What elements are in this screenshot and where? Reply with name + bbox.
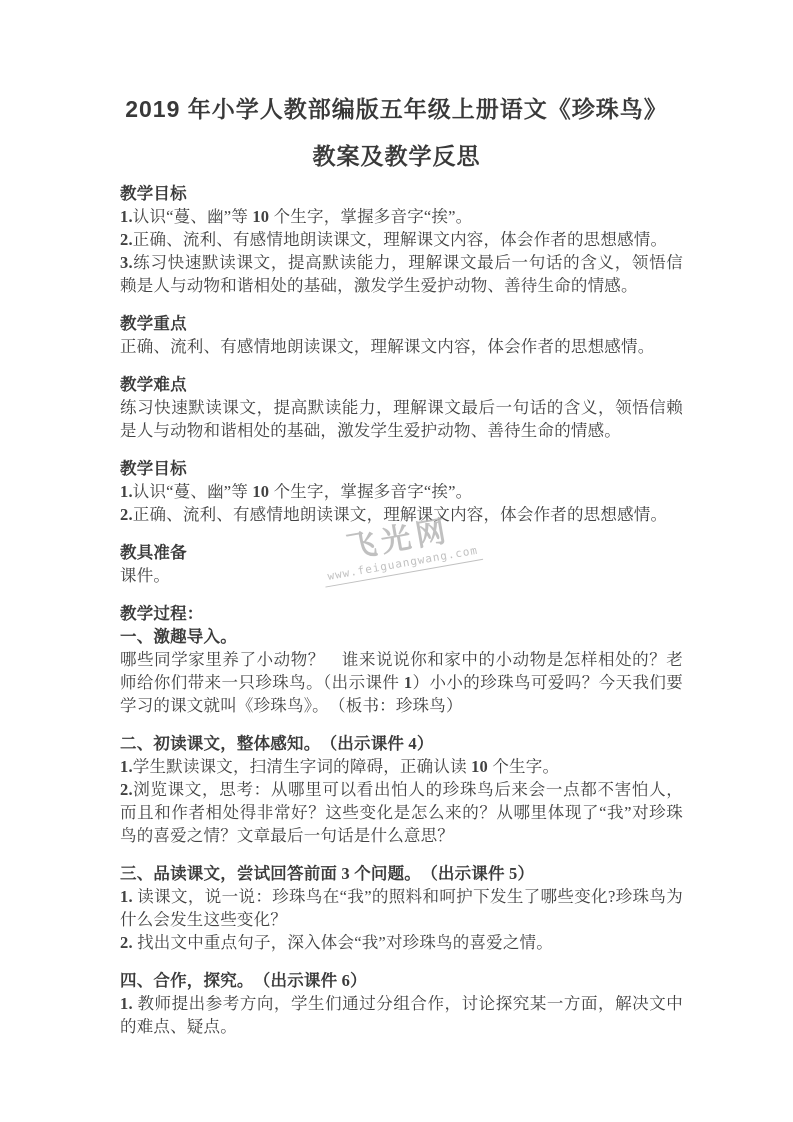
- text-run: 课件。: [120, 566, 170, 585]
- section-jiaoju-zhunbei: 教具准备课件。: [120, 541, 683, 587]
- paragraph: 1.认识“蔓、幽”等 10 个生字，掌握多音字“挨”。: [120, 480, 683, 503]
- text-run: 教学难点: [120, 375, 187, 394]
- text-run: 1.: [120, 757, 133, 776]
- text-run: 三、品读课文，尝试回答前面 3 个问题。 （出示课件 5）: [120, 864, 534, 883]
- section-jiaoxue-mubiao-2: 教学目标1.认识“蔓、幽”等 10 个生字，掌握多音字“挨”。2.正确、流利、有…: [120, 457, 683, 526]
- paragraph: 2. 找出文中重点句子，深入体会“我”对珍珠鸟的喜爱之情。: [120, 931, 683, 954]
- text-run: 正确、流利、有感情地朗读课文，理解课文内容，体会作者的思想感情。: [133, 230, 667, 249]
- section-heading: 一、激趣导入。: [120, 625, 683, 648]
- text-run: 教学目标: [120, 184, 187, 203]
- text-run: 教具准备: [120, 543, 187, 562]
- text-run: 正确、流利、有感情地朗读课文，理解课文内容，体会作者的思想感情。: [120, 337, 654, 356]
- text-run: 10: [252, 207, 269, 226]
- text-run: 练习快速默读课文，提高默读能力，理解课文最后一句话的含义，领悟信赖是人与动物和谐…: [120, 398, 683, 440]
- text-run: 四、合作，探究。 （出示课件 6）: [120, 971, 367, 990]
- text-run: 2.: [120, 780, 133, 799]
- section-heading: 教学目标: [120, 182, 683, 205]
- section-heading: 教学重点: [120, 312, 683, 335]
- paragraph: 1.认识“蔓、幽”等 10 个生字，掌握多音字“挨”。: [120, 205, 683, 228]
- section-heading: 二、初读课文，整体感知。 （出示课件 4）: [120, 732, 683, 755]
- text-run: 练习快速默读课文，提高默读能力，理解课文最后一句话的含义，领悟信赖是人与动物和谐…: [120, 253, 683, 295]
- text-run: 1.: [120, 207, 133, 226]
- section-si-hezuo-tanjiu: 四、合作，探究。 （出示课件 6）1. 教师提出参考方向，学生们通过分组合作，讨…: [120, 969, 683, 1038]
- document-title: 2019 年小学人教部编版五年级上册语文《珍珠鸟》 教案及教学反思: [0, 0, 793, 180]
- text-run: 1.: [120, 994, 133, 1013]
- paragraph: 哪些同学家里养了小动物？ 谁来说说你和家中的小动物是怎样相处的？老师给你们带来一…: [120, 648, 683, 717]
- paragraph: 练习快速默读课文，提高默读能力，理解课文最后一句话的含义，领悟信赖是人与动物和谐…: [120, 396, 683, 442]
- section-jiaoxue-nandian: 教学难点练习快速默读课文，提高默读能力，理解课文最后一句话的含义，领悟信赖是人与…: [120, 373, 683, 442]
- text-run: 正确、流利、有感情地朗读课文，理解课文内容，体会作者的思想感情。: [133, 505, 667, 524]
- paragraph: 2.正确、流利、有感情地朗读课文，理解课文内容，体会作者的思想感情。: [120, 228, 683, 251]
- paragraph: 课件。: [120, 564, 683, 587]
- text-run: 1.: [120, 482, 133, 501]
- text-run: 读课文，说一说：珍珠鸟在“我”的照料和呵护下发生了哪些变化?珍珠鸟为什么会发生这…: [120, 887, 683, 929]
- text-run: 一、激趣导入。: [120, 627, 237, 646]
- text-run: 二、初读课文，整体感知。 （出示课件 4）: [120, 734, 434, 753]
- paragraph: 2.浏览课文，思考：从哪里可以看出怕人的珍珠鸟后来会一点都不害怕人，而且和作者相…: [120, 778, 683, 847]
- section-heading: 四、合作，探究。 （出示课件 6）: [120, 969, 683, 992]
- text-run: 2.: [120, 230, 133, 249]
- text-run: 个生字。: [488, 757, 559, 776]
- text-run: 学生默读课文，扫清生字词的障碍，正确认读: [133, 757, 471, 776]
- document-page: 2019 年小学人教部编版五年级上册语文《珍珠鸟》 教案及教学反思 教学目标1.…: [0, 0, 793, 1122]
- text-run: 教师提出参考方向，学生们通过分组合作，讨论探究某一方面，解决文中的难点、疑点。: [120, 994, 683, 1036]
- paragraph: 2.正确、流利、有感情地朗读课文，理解课文内容，体会作者的思想感情。: [120, 503, 683, 526]
- document-title-line2: 教案及教学反思: [60, 133, 733, 180]
- paragraph: 1. 读课文，说一说：珍珠鸟在“我”的照料和呵护下发生了哪些变化?珍珠鸟为什么会…: [120, 885, 683, 931]
- text-run: 2.: [120, 933, 133, 952]
- section-er-chudu-kewen: 二、初读课文，整体感知。 （出示课件 4）1.学生默读课文，扫清生字词的障碍，正…: [120, 732, 683, 847]
- section-jiaoxue-mubiao-1: 教学目标1.认识“蔓、幽”等 10 个生字，掌握多音字“挨”。2.正确、流利、有…: [120, 182, 683, 297]
- paragraph: 正确、流利、有感情地朗读课文，理解课文内容，体会作者的思想感情。: [120, 335, 683, 358]
- section-jiaoxue-zhongdian: 教学重点正确、流利、有感情地朗读课文，理解课文内容，体会作者的思想感情。: [120, 312, 683, 358]
- text-run: 教学重点: [120, 314, 187, 333]
- text-run: 认识“蔓、幽”等: [133, 482, 253, 501]
- section-san-pindu-kewen: 三、品读课文，尝试回答前面 3 个问题。 （出示课件 5）1. 读课文，说一说：…: [120, 862, 683, 954]
- text-run: 2.: [120, 505, 133, 524]
- text-run: 1.: [120, 887, 133, 906]
- text-run: 找出文中重点句子，深入体会“我”对珍珠鸟的喜爱之情。: [133, 933, 553, 952]
- document-title-line1: 2019 年小学人教部编版五年级上册语文《珍珠鸟》: [60, 86, 733, 133]
- text-run: 个生字，掌握多音字“挨”。: [269, 207, 472, 226]
- section-heading: 教具准备: [120, 541, 683, 564]
- text-run: 3.: [120, 253, 133, 272]
- text-run: 10: [252, 482, 269, 501]
- paragraph: 1. 教师提出参考方向，学生们通过分组合作，讨论探究某一方面，解决文中的难点、疑…: [120, 992, 683, 1038]
- text-run: 10: [471, 757, 488, 776]
- section-jiaoxue-guocheng-yi: 教学过程：一、激趣导入。哪些同学家里养了小动物？ 谁来说说你和家中的小动物是怎样…: [120, 602, 683, 717]
- text-run: 认识“蔓、幽”等: [133, 207, 253, 226]
- text-run: 个生字，掌握多音字“挨”。: [269, 482, 472, 501]
- section-heading: 教学难点: [120, 373, 683, 396]
- text-run: 浏览课文，思考：从哪里可以看出怕人的珍珠鸟后来会一点都不害怕人，而且和作者相处得…: [120, 780, 683, 845]
- section-heading: 教学过程：: [120, 602, 683, 625]
- section-heading: 三、品读课文，尝试回答前面 3 个问题。 （出示课件 5）: [120, 862, 683, 885]
- document-body: 教学目标1.认识“蔓、幽”等 10 个生字，掌握多音字“挨”。2.正确、流利、有…: [120, 182, 683, 1038]
- text-run: 教学目标: [120, 459, 187, 478]
- section-heading: 教学目标: [120, 457, 683, 480]
- paragraph: 3.练习快速默读课文，提高默读能力，理解课文最后一句话的含义，领悟信赖是人与动物…: [120, 251, 683, 297]
- text-run: 教学过程：: [120, 604, 204, 623]
- paragraph: 1.学生默读课文，扫清生字词的障碍，正确认读 10 个生字。: [120, 755, 683, 778]
